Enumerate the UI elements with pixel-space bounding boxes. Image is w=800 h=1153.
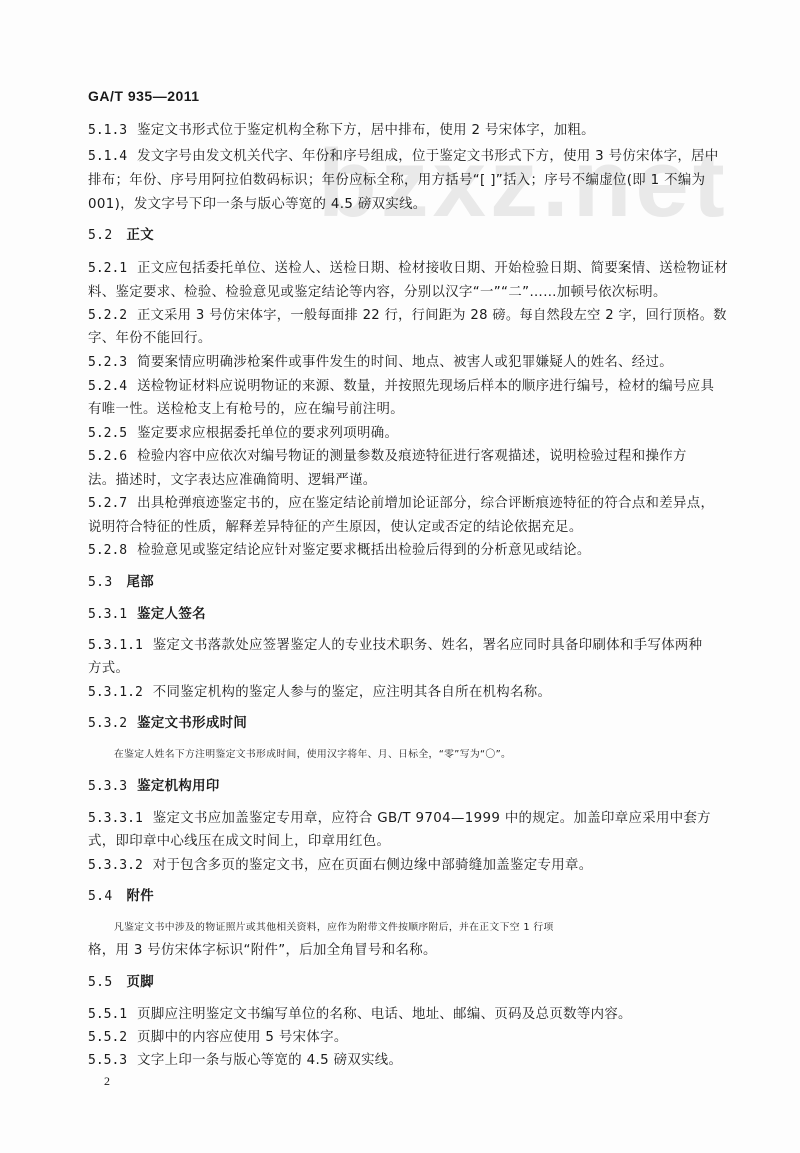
section-title: 尾部 [127,575,154,590]
clause-number: 5.1.4 [88,148,127,166]
clause-5-1-4: 5.1.4发文字号由发文机关代字、年份和序号组成，位于鉴定文书形式下方，使用 3… [88,148,728,166]
clause-5-2-4: 5.2.4送检物证材料应说明物证的来源、数量，并按照先现场后样本的顺序进行编号，… [88,378,728,396]
clause-continuation: 法。描述时，文字表达应准确简明、逻辑严谨。 [88,472,728,490]
clause-text: 法。描述时，文字表达应准确简明、逻辑严谨。 [88,473,377,488]
clause-number: 5.2.3 [88,354,127,372]
clause-text: 检验内容中应依次对编号物证的测量参数及痕迹特征进行客观描述，说明检验过程和操作方 [137,449,687,464]
clause-5-3-1-1: 5.3.1.1鉴定文书落款处应签署鉴定人的专业技术职务、姓名，署名应同时具备印刷… [88,637,728,655]
clause-number: 5.3.3.1 [88,810,143,828]
clause-5-3-1-2: 5.3.1.2不同鉴定机构的鉴定人参与的鉴定，应注明其各自所在机构名称。 [88,684,728,702]
clause-text: 鉴定文书落款处应签署鉴定人的专业技术职务、姓名，署名应同时具备印刷体和手写体两种 [153,638,703,653]
clause-text: 说明符合特征的性质，解释差异特征的产生原因，使认定或否定的结论依据充足。 [88,520,583,535]
clause-5-5-1: 5.5.1页脚应注明鉴定文书编写单位的名称、电话、地址、邮编、页码及总页数等内容… [88,1006,728,1024]
clause-5-2-8: 5.2.8检验意见或鉴定结论应针对鉴定要求概括出检验后得到的分析意见或结论。 [88,542,728,560]
clause-number: 5.2.5 [88,425,127,443]
clause-number: 5.5.2 [88,1029,127,1047]
clause-text: 料、鉴定要求、检验、检验意见或鉴定结论等内容，分别以汉字“一”“二”……加顿号依… [88,285,667,300]
clause-5-3-3-2: 5.3.3.2对于包含多页的鉴定文书，应在页面右侧边缘中部骑缝加盖鉴定专用章。 [88,857,728,875]
clause-text: 鉴定文书形式位于鉴定机构全称下方，居中排布，使用 2 号宋体字，加粗。 [137,123,595,138]
section-number: 5.3.3 [88,778,127,796]
clause-number: 5.1.3 [88,122,127,140]
clause-text: 发文字号由发文机关代字、年份和序号组成，位于鉴定文书形式下方，使用 3 号仿宋体… [137,149,718,164]
clause-continuation: 说明符合特征的性质，解释差异特征的产生原因，使认定或否定的结论依据充足。 [88,519,728,537]
clause-number: 5.3.3.2 [88,857,143,875]
clause-text: 001)，发文字号下印一条与版心等宽的 4.5 磅双实线。 [88,197,427,212]
clause-5-2-3: 5.2.3简要案情应明确涉枪案件或事件发生的时间、地点、被害人或犯罪嫌疑人的姓名… [88,354,728,372]
clause-continuation: 式，即印章中心线压在成文时间上，印章用红色。 [88,833,728,851]
paragraph-continuation: 格，用 3 号仿宋体字标识“附件”，后加全角冒号和名称。 [88,942,728,960]
section-title: 鉴定机构用印 [137,779,219,794]
clause-5-2-2: 5.2.2正文采用 3 号仿宋体字，一般每面排 22 行，行间距为 28 磅。每… [88,307,728,325]
clause-number: 5.2.7 [88,495,127,513]
section-title: 附件 [127,889,154,904]
clause-number: 5.2.8 [88,542,127,560]
clause-5-1-3: 5.1.3鉴定文书形式位于鉴定机构全称下方，居中排布，使用 2 号宋体字，加粗。 [88,122,728,140]
clause-text: 页脚应注明鉴定文书编写单位的名称、电话、地址、邮编、页码及总页数等内容。 [137,1007,632,1022]
section-heading-5-5: 5.5页脚 [88,974,728,992]
section-number: 5.5 [88,974,113,992]
section-heading-5-2: 5.2正文 [88,227,728,245]
clause-number: 5.2.2 [88,307,127,325]
section-title: 正文 [127,228,154,243]
section-title: 鉴定文书形成时间 [137,716,247,731]
clause-5-3-3-1: 5.3.3.1鉴定文书应加盖鉴定专用章，应符合 GB/T 9704—1999 中… [88,810,728,828]
clause-text: 送检物证材料应说明物证的来源、数量，并按照先现场后样本的顺序进行编号，检材的编号… [137,379,714,394]
clause-continuation: 字、年份不能回行。 [88,330,728,348]
clause-5-5-2: 5.5.2页脚中的内容应使用 5 号宋体字。 [88,1029,728,1047]
section-number: 5.2 [88,227,113,245]
clause-number: 5.3.1.2 [88,684,143,702]
paragraph-formation-time: 在鉴定人姓名下方注明鉴定文书形成时间，使用汉字将年、月、日标全，“零”写为“〇”… [114,746,754,764]
paragraph-attachments: 凡鉴定文书中涉及的物证照片或其他相关资料，应作为附带文件按顺序附后，并在正文下空… [114,919,754,937]
paragraph-text: 凡鉴定文书中涉及的物证照片或其他相关资料，应作为附带文件按顺序附后，并在正文下空… [114,922,554,933]
clause-text: 字、年份不能回行。 [88,331,212,346]
page-number: 2 [104,1074,110,1089]
clause-continuation: 方式。 [88,660,728,678]
clause-text: 正文应包括委托单位、送检人、送检日期、检材接收日期、开始检验日期、简要案情、送检… [137,261,728,276]
clause-5-5-3: 5.5.3文字上印一条与版心等宽的 4.5 磅双实线。 [88,1052,728,1070]
clause-text: 文字上印一条与版心等宽的 4.5 磅双实线。 [137,1053,402,1068]
clause-continuation: 有唯一性。送检枪支上有枪号的，应在编号前注明。 [88,401,728,419]
subsection-heading-5-3-1: 5.3.1鉴定人签名 [88,606,728,624]
clause-5-2-5: 5.2.5鉴定要求应根据委托单位的要求列项明确。 [88,425,728,443]
clause-text: 简要案情应明确涉枪案件或事件发生的时间、地点、被害人或犯罪嫌疑人的姓名、经过。 [137,355,673,370]
paragraph-text: 格，用 3 号仿宋体字标识“附件”，后加全角冒号和名称。 [88,943,437,958]
section-title: 鉴定人签名 [137,607,206,622]
standard-code: GA/T 935—2011 [88,88,200,104]
clause-5-2-6: 5.2.6检验内容中应依次对编号物证的测量参数及痕迹特征进行客观描述，说明检验过… [88,448,728,466]
clause-text: 不同鉴定机构的鉴定人参与的鉴定，应注明其各自所在机构名称。 [153,685,551,700]
clause-text: 有唯一性。送检枪支上有枪号的，应在编号前注明。 [88,402,404,417]
paragraph-text: 在鉴定人姓名下方注明鉴定文书形成时间，使用汉字将年、月、日标全，“零”写为“〇”… [114,749,511,760]
subsection-heading-5-3-3: 5.3.3鉴定机构用印 [88,778,728,796]
clause-text: 对于包含多页的鉴定文书，应在页面右侧边缘中部骑缝加盖鉴定专用章。 [153,858,593,873]
clause-number: 5.2.1 [88,260,127,278]
section-heading-5-4: 5.4附件 [88,888,728,906]
section-number: 5.3.1 [88,606,127,624]
document-page: bzxz.net GA/T 935—2011 5.1.3鉴定文书形式位于鉴定机构… [0,0,800,1153]
clause-text: 正文采用 3 号仿宋体字，一般每面排 22 行，行间距为 28 磅。每自然段左空… [137,308,727,323]
clause-text: 方式。 [88,661,129,676]
clause-text: 检验意见或鉴定结论应针对鉴定要求概括出检验后得到的分析意见或结论。 [137,543,590,558]
clause-number: 5.3.1.1 [88,637,143,655]
section-number: 5.3 [88,574,113,592]
clause-number: 5.5.1 [88,1006,127,1024]
clause-5-2-1: 5.2.1正文应包括委托单位、送检人、送检日期、检材接收日期、开始检验日期、简要… [88,260,728,278]
clause-number: 5.2.6 [88,448,127,466]
clause-text: 鉴定文书应加盖鉴定专用章，应符合 GB/T 9704—1999 中的规定。加盖印… [153,811,711,826]
clause-text: 式，即印章中心线压在成文时间上，印章用红色。 [88,834,390,849]
clause-number: 5.2.4 [88,378,127,396]
clause-text: 页脚中的内容应使用 5 号宋体字。 [137,1030,347,1045]
clause-text: 鉴定要求应根据委托单位的要求列项明确。 [137,426,398,441]
clause-text: 排布；年份、序号用阿拉伯数码标识；年份应标全称，用方括号“[ ]”括入；序号不编… [88,173,705,188]
section-number: 5.3.2 [88,715,127,733]
clause-5-2-7: 5.2.7出具枪弹痕迹鉴定书的，应在鉴定结论前增加论证部分，综合评断痕迹特征的符… [88,495,728,513]
section-title: 页脚 [127,975,154,990]
subsection-heading-5-3-2: 5.3.2鉴定文书形成时间 [88,715,728,733]
clause-continuation: 001)，发文字号下印一条与版心等宽的 4.5 磅双实线。 [88,196,728,214]
clause-continuation: 料、鉴定要求、检验、检验意见或鉴定结论等内容，分别以汉字“一”“二”……加顿号依… [88,284,728,302]
clause-text: 出具枪弹痕迹鉴定书的，应在鉴定结论前增加论证部分，综合评断痕迹特征的符合点和差异… [137,496,714,511]
section-heading-5-3: 5.3尾部 [88,574,728,592]
clause-number: 5.5.3 [88,1052,127,1070]
section-number: 5.4 [88,888,113,906]
clause-continuation: 排布；年份、序号用阿拉伯数码标识；年份应标全称，用方括号“[ ]”括入；序号不编… [88,172,728,190]
